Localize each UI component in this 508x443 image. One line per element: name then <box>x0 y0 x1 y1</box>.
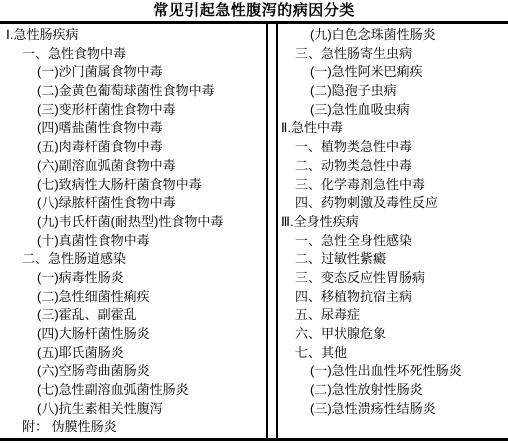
list-item: 二、急性肠道感染 <box>0 250 266 269</box>
list-item: 四、药物刺激及毒性反应 <box>278 194 508 213</box>
etiology-table: Ⅰ.急性肠疾病一、急性食物中毒(一)沙门菌属食物中毒(二)金黄色葡萄球菌性食物中… <box>0 21 508 441</box>
list-item: 五、尿毒症 <box>278 306 508 325</box>
list-item: 二、动物类急性中毒 <box>278 157 508 176</box>
list-item: Ⅰ.急性肠疾病 <box>0 26 266 45</box>
list-item: 六、甲状腺危象 <box>278 325 508 344</box>
list-item: Ⅲ.全身性疾病 <box>278 213 508 232</box>
list-item: (一)病毒性肠炎 <box>0 269 266 288</box>
list-item: (四)嗜盐菌性食物中毒 <box>0 119 266 138</box>
list-item: (三)急性血吸虫病 <box>278 101 508 120</box>
list-item: 一、急性全身性感染 <box>278 232 508 251</box>
column-divider <box>266 24 278 438</box>
list-item: (八)抗生素相关性腹泻 <box>0 400 266 419</box>
list-item: (二)急性细菌性痢疾 <box>0 288 266 307</box>
list-item: 三、化学毒剂急性中毒 <box>278 176 508 195</box>
list-item: (三)霍乱、副霍乱 <box>0 306 266 325</box>
list-item: (十)真菌性食物中毒 <box>0 232 266 251</box>
list-item: (二)急性放射性肠炎 <box>278 381 508 400</box>
list-item: 三、变态反应性胃肠病 <box>278 269 508 288</box>
list-item: 附： 伪膜性肠炎 <box>0 418 266 437</box>
list-item: (三)变形杆菌性食物中毒 <box>0 101 266 120</box>
list-item: (四)大肠杆菌性肠炎 <box>0 325 266 344</box>
list-item: 一、急性食物中毒 <box>0 45 266 64</box>
list-item: (五)肉毒杆菌食物中毒 <box>0 138 266 157</box>
list-item: (九)白色念珠菌性肠炎 <box>278 26 508 45</box>
etiology-classification-page: 常见引起急性腹泻的病因分类 Ⅰ.急性肠疾病一、急性食物中毒(一)沙门菌属食物中毒… <box>0 0 508 443</box>
list-item: (一)急性出血性坏死性肠炎 <box>278 362 508 381</box>
list-item: (三)急性溃疡性结肠炎 <box>278 400 508 419</box>
left-column: Ⅰ.急性肠疾病一、急性食物中毒(一)沙门菌属食物中毒(二)金黄色葡萄球菌性食物中… <box>0 24 266 438</box>
list-item: (七)致病性大肠杆菌食物中毒 <box>0 176 266 195</box>
list-item: 七、其他 <box>278 344 508 363</box>
list-item: 四、移植物抗宿主病 <box>278 288 508 307</box>
list-item: 一、植物类急性中毒 <box>278 138 508 157</box>
list-item: (九)韦氏杆菌(耐热型)性食物中毒 <box>0 213 266 232</box>
list-item: 二、过敏性紫癜 <box>278 250 508 269</box>
list-item: (一)沙门菌属食物中毒 <box>0 63 266 82</box>
list-item: Ⅱ.急性中毒 <box>278 119 508 138</box>
list-item: (七)急性副溶血弧菌性肠炎 <box>0 381 266 400</box>
list-item: (八)绿脓杆菌性食物中毒 <box>0 194 266 213</box>
list-item: 三、急性肠寄生虫病 <box>278 45 508 64</box>
table-title: 常见引起急性腹泻的病因分类 <box>0 0 508 21</box>
right-column: (九)白色念珠菌性肠炎三、急性肠寄生虫病(一)急性阿米巴痢疾(二)隐孢子虫病(三… <box>278 24 508 438</box>
list-item: (六)空肠弯曲菌肠炎 <box>0 362 266 381</box>
list-item: (五)耶氏菌肠炎 <box>0 344 266 363</box>
list-item: (六)副溶血弧菌食物中毒 <box>0 157 266 176</box>
list-item: (二)金黄色葡萄球菌性食物中毒 <box>0 82 266 101</box>
list-item: (一)急性阿米巴痢疾 <box>278 63 508 82</box>
list-item: (二)隐孢子虫病 <box>278 82 508 101</box>
